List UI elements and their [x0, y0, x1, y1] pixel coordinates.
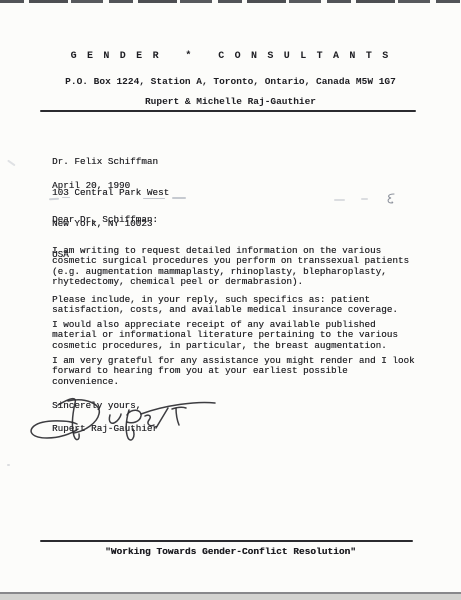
letterhead-address: P.O. Box 1224, Station A, Toronto, Ontar…	[0, 76, 461, 87]
body-paragraph-3: I would also appreciate receipt of any a…	[52, 320, 398, 351]
scan-edge-bottom	[0, 592, 461, 600]
recipient-name: Dr. Felix Schiffman	[52, 157, 169, 167]
pencil-squiggle-mark	[385, 193, 397, 206]
letterhead-org-name: G E N D E R * C O N S U L T A N T S	[0, 51, 461, 62]
scan-smudge	[172, 197, 186, 199]
scan-smudge	[143, 198, 165, 200]
scan-smudge	[7, 160, 15, 166]
salutation: Dear Dr. Schiffman:	[52, 215, 158, 225]
body-paragraph-2: Please include, in your reply, such spec…	[52, 295, 398, 316]
scan-artifact-top	[0, 0, 461, 3]
scan-smudge	[62, 197, 70, 199]
body-paragraph-4: I am very grateful for any assistance yo…	[52, 356, 415, 387]
body-paragraph-1: I am writing to request detailed informa…	[52, 246, 409, 288]
letter-page: G E N D E R * C O N S U L T A N T S P.O.…	[0, 0, 461, 600]
letterhead-principals: Rupert & Michelle Raj-Gauthier	[0, 96, 461, 107]
scan-smudge	[334, 199, 345, 201]
date-line: April 20, 1990	[52, 181, 130, 191]
footer-tagline: "Working Towards Gender-Conflict Resolut…	[0, 546, 461, 557]
scan-smudge	[7, 464, 10, 466]
scan-smudge	[361, 198, 368, 200]
handwritten-signature	[25, 388, 220, 448]
footer-rule	[40, 540, 413, 542]
letterhead-rule	[40, 110, 416, 112]
